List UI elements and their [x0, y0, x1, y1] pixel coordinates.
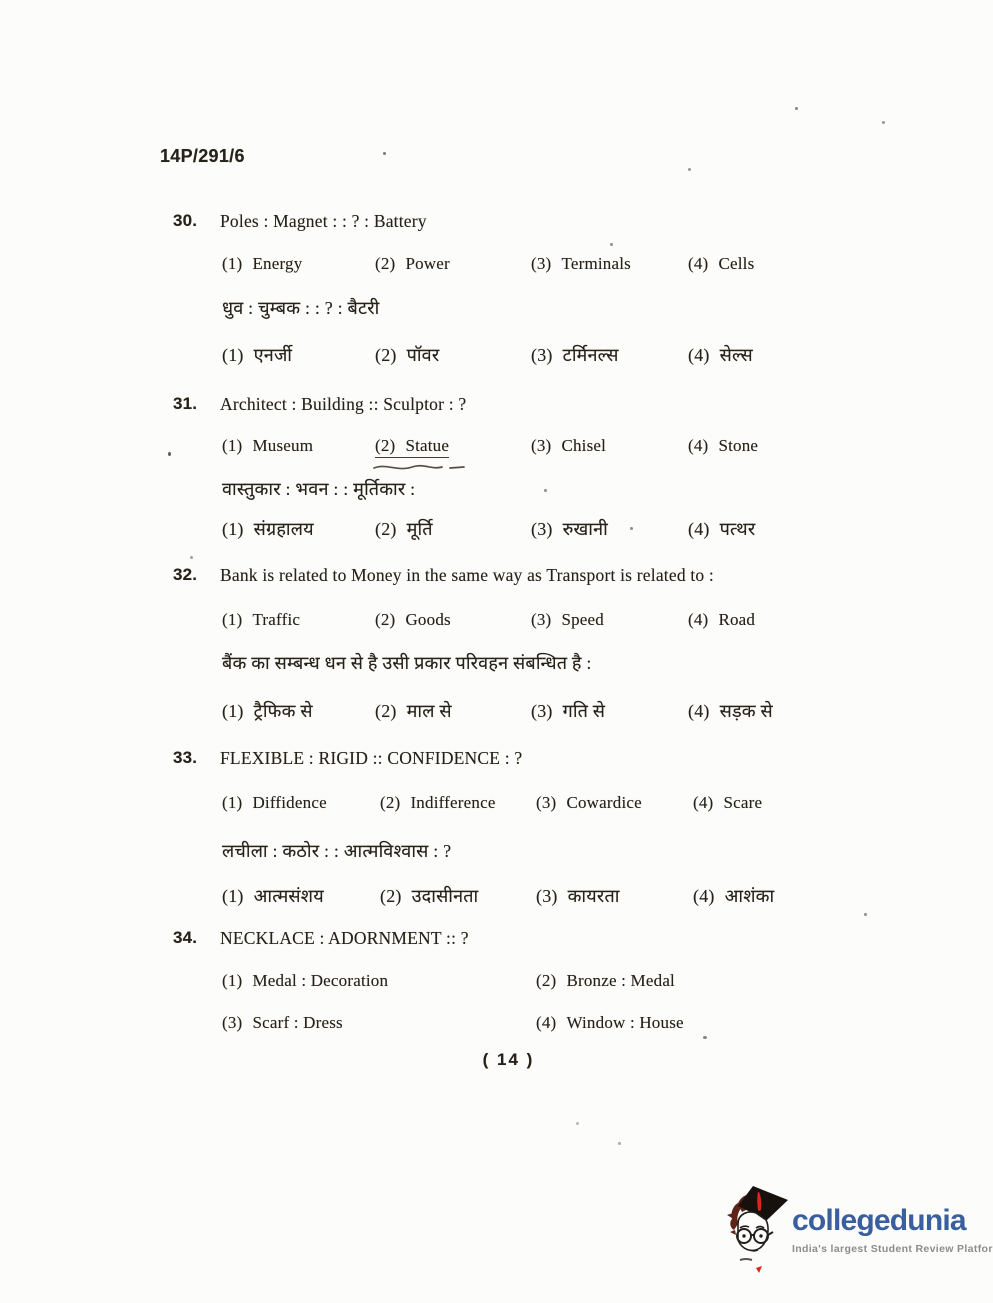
option-label: Goods	[405, 610, 450, 629]
scan-speck	[168, 452, 171, 456]
option-label: उदासीनता	[412, 886, 479, 906]
question-30-line: 30. Poles : Magnet : : ? : Battery	[173, 211, 427, 232]
scan-speck	[630, 527, 633, 530]
option-en-2: (2)Bronze : Medal	[536, 971, 675, 991]
option-hi-1: (1)आत्मसंशय	[222, 884, 324, 908]
brand-tagline: India's largest Student Review Platform	[792, 1243, 993, 1255]
option-en-4: (4)Cells	[688, 254, 754, 274]
option-en-3: (3)Cowardice	[536, 793, 642, 813]
option-number: (2)	[375, 701, 397, 721]
option-label: आत्मसंशय	[254, 886, 324, 906]
question-text-en: Architect : Building :: Sculptor : ?	[220, 394, 466, 415]
option-hi-1: (1)ट्रैफिक से	[222, 699, 313, 723]
option-en-3: (3)Scarf : Dress	[222, 1013, 343, 1033]
option-hi-2: (2)उदासीनता	[380, 884, 478, 908]
option-hi-1: (1)एनर्जी	[222, 343, 292, 367]
option-hi-4: (4)पत्थर	[688, 517, 755, 541]
handdrawn-underline	[372, 461, 470, 475]
scan-speck	[383, 152, 386, 155]
option-number: (2)	[375, 519, 397, 539]
scan-speck	[544, 489, 547, 492]
option-hi-2: (2)मूर्ति	[375, 517, 433, 541]
question-number: 30.	[173, 211, 220, 232]
option-en-2: (2)Power	[375, 254, 450, 274]
question-number: 31.	[173, 394, 220, 415]
question-33-text-hi: लचीला : कठोर : : आत्मविश्वास : ?	[222, 839, 451, 863]
option-en-2-marked: (2)Statue	[375, 436, 449, 458]
option-label: ट्रैफिक से	[254, 701, 313, 721]
question-32-text-hi: बैंक का सम्बन्ध धन से है उसी प्रकार परिव…	[222, 651, 592, 675]
scan-speck	[795, 107, 798, 110]
scan-speck	[190, 556, 193, 559]
option-label: आशंका	[725, 886, 775, 906]
option-en-2: (2)Indifference	[380, 793, 496, 813]
option-label: Museum	[252, 436, 313, 455]
option-hi-1: (1)संग्रहालय	[222, 517, 314, 541]
option-hi-3: (3)गति से	[531, 699, 605, 723]
logo-text-block: collegedunia .com India's largest Studen…	[792, 1184, 993, 1255]
option-number: (1)	[222, 701, 244, 721]
option-label: Road	[718, 610, 755, 629]
option-number: (1)	[222, 254, 242, 273]
option-label: कायरता	[568, 886, 620, 906]
option-label: संग्रहालय	[254, 519, 314, 539]
option-number: (2)	[375, 436, 395, 455]
option-number: (3)	[222, 1013, 242, 1032]
question-31-options-en: (1)Museum (2)Statue (3)Chisel (4)Stone	[0, 436, 993, 460]
option-hi-4: (4)सेल्स	[688, 343, 753, 367]
question-31-options-hi: (1)संग्रहालय (2)मूर्ति (3)रुखानी (4)पत्थ…	[0, 517, 993, 541]
option-label: गति से	[563, 701, 606, 721]
option-label: माल से	[407, 701, 452, 721]
option-en-4: (4)Scare	[693, 793, 762, 813]
option-label: Chisel	[561, 436, 606, 455]
option-number: (3)	[531, 345, 553, 365]
option-number: (4)	[688, 436, 708, 455]
option-hi-4: (4)सड़क से	[688, 699, 773, 723]
option-label: Stone	[718, 436, 758, 455]
option-number: (4)	[688, 610, 708, 629]
question-number: 33.	[173, 748, 220, 769]
option-label: Speed	[561, 610, 604, 629]
scan-speck	[703, 1036, 707, 1039]
option-number: (4)	[688, 345, 710, 365]
option-label: Scare	[723, 793, 762, 812]
option-number: (2)	[375, 254, 395, 273]
option-en-1: (1)Diffidence	[222, 793, 327, 813]
option-number: (4)	[693, 793, 713, 812]
option-number: (2)	[380, 886, 402, 906]
option-number: (4)	[688, 519, 710, 539]
option-label: Medal : Decoration	[252, 971, 388, 990]
question-32-options-en: (1)Traffic (2)Goods (3)Speed (4)Road	[0, 610, 993, 634]
question-33-line: 33. FLEXIBLE : RIGID :: CONFIDENCE : ?	[173, 748, 522, 769]
scan-speck	[610, 243, 613, 246]
option-label: Scarf : Dress	[252, 1013, 342, 1032]
brand-name: collegedunia	[792, 1206, 993, 1236]
option-en-3: (3)Speed	[531, 610, 604, 630]
option-number: (1)	[222, 345, 244, 365]
option-en-4: (4)Stone	[688, 436, 758, 456]
option-en-4: (4)Window : House	[536, 1013, 684, 1033]
option-en-3: (3)Chisel	[531, 436, 606, 456]
question-30-options-hi: (1)एनर्जी (2)पॉवर (3)टर्मिनल्स (4)सेल्स	[0, 343, 993, 367]
option-label: Window : House	[566, 1013, 683, 1032]
option-number: (3)	[531, 701, 553, 721]
option-en-2: (2)Goods	[375, 610, 451, 630]
option-hi-2: (2)पॉवर	[375, 343, 439, 367]
option-hi-3: (3)टर्मिनल्स	[531, 343, 619, 367]
option-number: (2)	[375, 345, 397, 365]
option-number: (3)	[536, 886, 558, 906]
option-number: (4)	[693, 886, 715, 906]
scan-speck	[688, 168, 691, 171]
option-label: Traffic	[252, 610, 300, 629]
option-en-1: (1)Medal : Decoration	[222, 971, 388, 991]
scan-speck	[576, 1122, 579, 1125]
question-34-options-row1: (1)Medal : Decoration (2)Bronze : Medal	[0, 971, 993, 995]
option-number: (1)	[222, 610, 242, 629]
question-number: 32.	[173, 565, 220, 586]
option-number: (1)	[222, 436, 242, 455]
option-label: टर्मिनल्स	[563, 345, 619, 365]
question-30-options-en: (1)Energy (2)Power (3)Terminals (4)Cells	[0, 254, 993, 278]
question-text-en: Bank is related to Money in the same way…	[220, 565, 714, 586]
option-number: (3)	[536, 793, 556, 812]
scan-speck	[882, 121, 885, 124]
option-number: (3)	[531, 519, 553, 539]
scan-speck	[618, 1142, 621, 1145]
graduate-mascot-icon	[726, 1184, 790, 1276]
option-label: पॉवर	[407, 345, 440, 365]
option-number: (1)	[222, 886, 244, 906]
option-number: (2)	[536, 971, 556, 990]
scan-speck	[864, 913, 867, 916]
option-hi-2: (2)माल से	[375, 699, 452, 723]
option-label: Indifference	[410, 793, 495, 812]
option-en-1: (1)Museum	[222, 436, 313, 456]
option-en-1: (1)Energy	[222, 254, 302, 274]
option-number: (4)	[688, 254, 708, 273]
question-34-line: 34. NECKLACE : ADORNMENT :: ?	[173, 928, 469, 949]
option-number: (4)	[536, 1013, 556, 1032]
question-31-line: 31. Architect : Building :: Sculptor : ?	[173, 394, 466, 415]
option-label: Statue	[405, 436, 449, 455]
option-label: एनर्जी	[254, 345, 293, 365]
option-en-3: (3)Terminals	[531, 254, 631, 274]
option-number: (1)	[222, 793, 242, 812]
option-hi-4: (4)आशंका	[693, 884, 774, 908]
question-32-options-hi: (1)ट्रैफिक से (2)माल से (3)गति से (4)सड़…	[0, 699, 993, 723]
question-33-options-en: (1)Diffidence (2)Indifference (3)Cowardi…	[0, 793, 993, 817]
option-number: (3)	[531, 254, 551, 273]
option-number: (1)	[222, 519, 244, 539]
option-en-4: (4)Road	[688, 610, 755, 630]
question-32-line: 32. Bank is related to Money in the same…	[173, 565, 714, 586]
collegedunia-logo: collegedunia .com India's largest Studen…	[726, 1184, 993, 1276]
option-label: Power	[405, 254, 449, 273]
option-label: Diffidence	[252, 793, 326, 812]
option-number: (2)	[380, 793, 400, 812]
page-number: ( 14 )	[12, 1050, 993, 1070]
question-text-en: FLEXIBLE : RIGID :: CONFIDENCE : ?	[220, 748, 522, 769]
option-number: (1)	[222, 971, 242, 990]
question-text-en: Poles : Magnet : : ? : Battery	[220, 211, 427, 232]
option-label: मूर्ति	[407, 519, 433, 539]
option-label: Bronze : Medal	[566, 971, 675, 990]
option-number: (2)	[375, 610, 395, 629]
question-30-text-hi: धुव : चुम्बक : : ? : बैटरी	[222, 296, 380, 320]
option-label: रुखानी	[563, 519, 608, 539]
option-label: Cells	[718, 254, 754, 273]
option-number: (3)	[531, 610, 551, 629]
question-number: 34.	[173, 928, 220, 949]
question-34-options-row2: (3)Scarf : Dress (4)Window : House	[0, 1013, 993, 1037]
option-number: (4)	[688, 701, 710, 721]
option-hi-3: (3)रुखानी	[531, 517, 608, 541]
option-label: पत्थर	[720, 519, 756, 539]
option-label: Energy	[252, 254, 302, 273]
scanned-exam-page: 14P/291/6 30. Poles : Magnet : : ? : Bat…	[0, 0, 993, 1303]
option-en-1: (1)Traffic	[222, 610, 300, 630]
question-31-text-hi: वास्तुकार : भवन : : मूर्तिकार :	[222, 477, 415, 501]
option-label: Cowardice	[566, 793, 641, 812]
option-hi-3: (3)कायरता	[536, 884, 620, 908]
option-label: Terminals	[561, 254, 631, 273]
question-33-options-hi: (1)आत्मसंशय (2)उदासीनता (3)कायरता (4)आशं…	[0, 884, 993, 908]
paper-code: 14P/291/6	[160, 146, 245, 167]
option-label: सेल्स	[720, 345, 753, 365]
question-text-en: NECKLACE : ADORNMENT :: ?	[220, 928, 469, 949]
option-label: सड़क से	[720, 701, 773, 721]
option-number: (3)	[531, 436, 551, 455]
